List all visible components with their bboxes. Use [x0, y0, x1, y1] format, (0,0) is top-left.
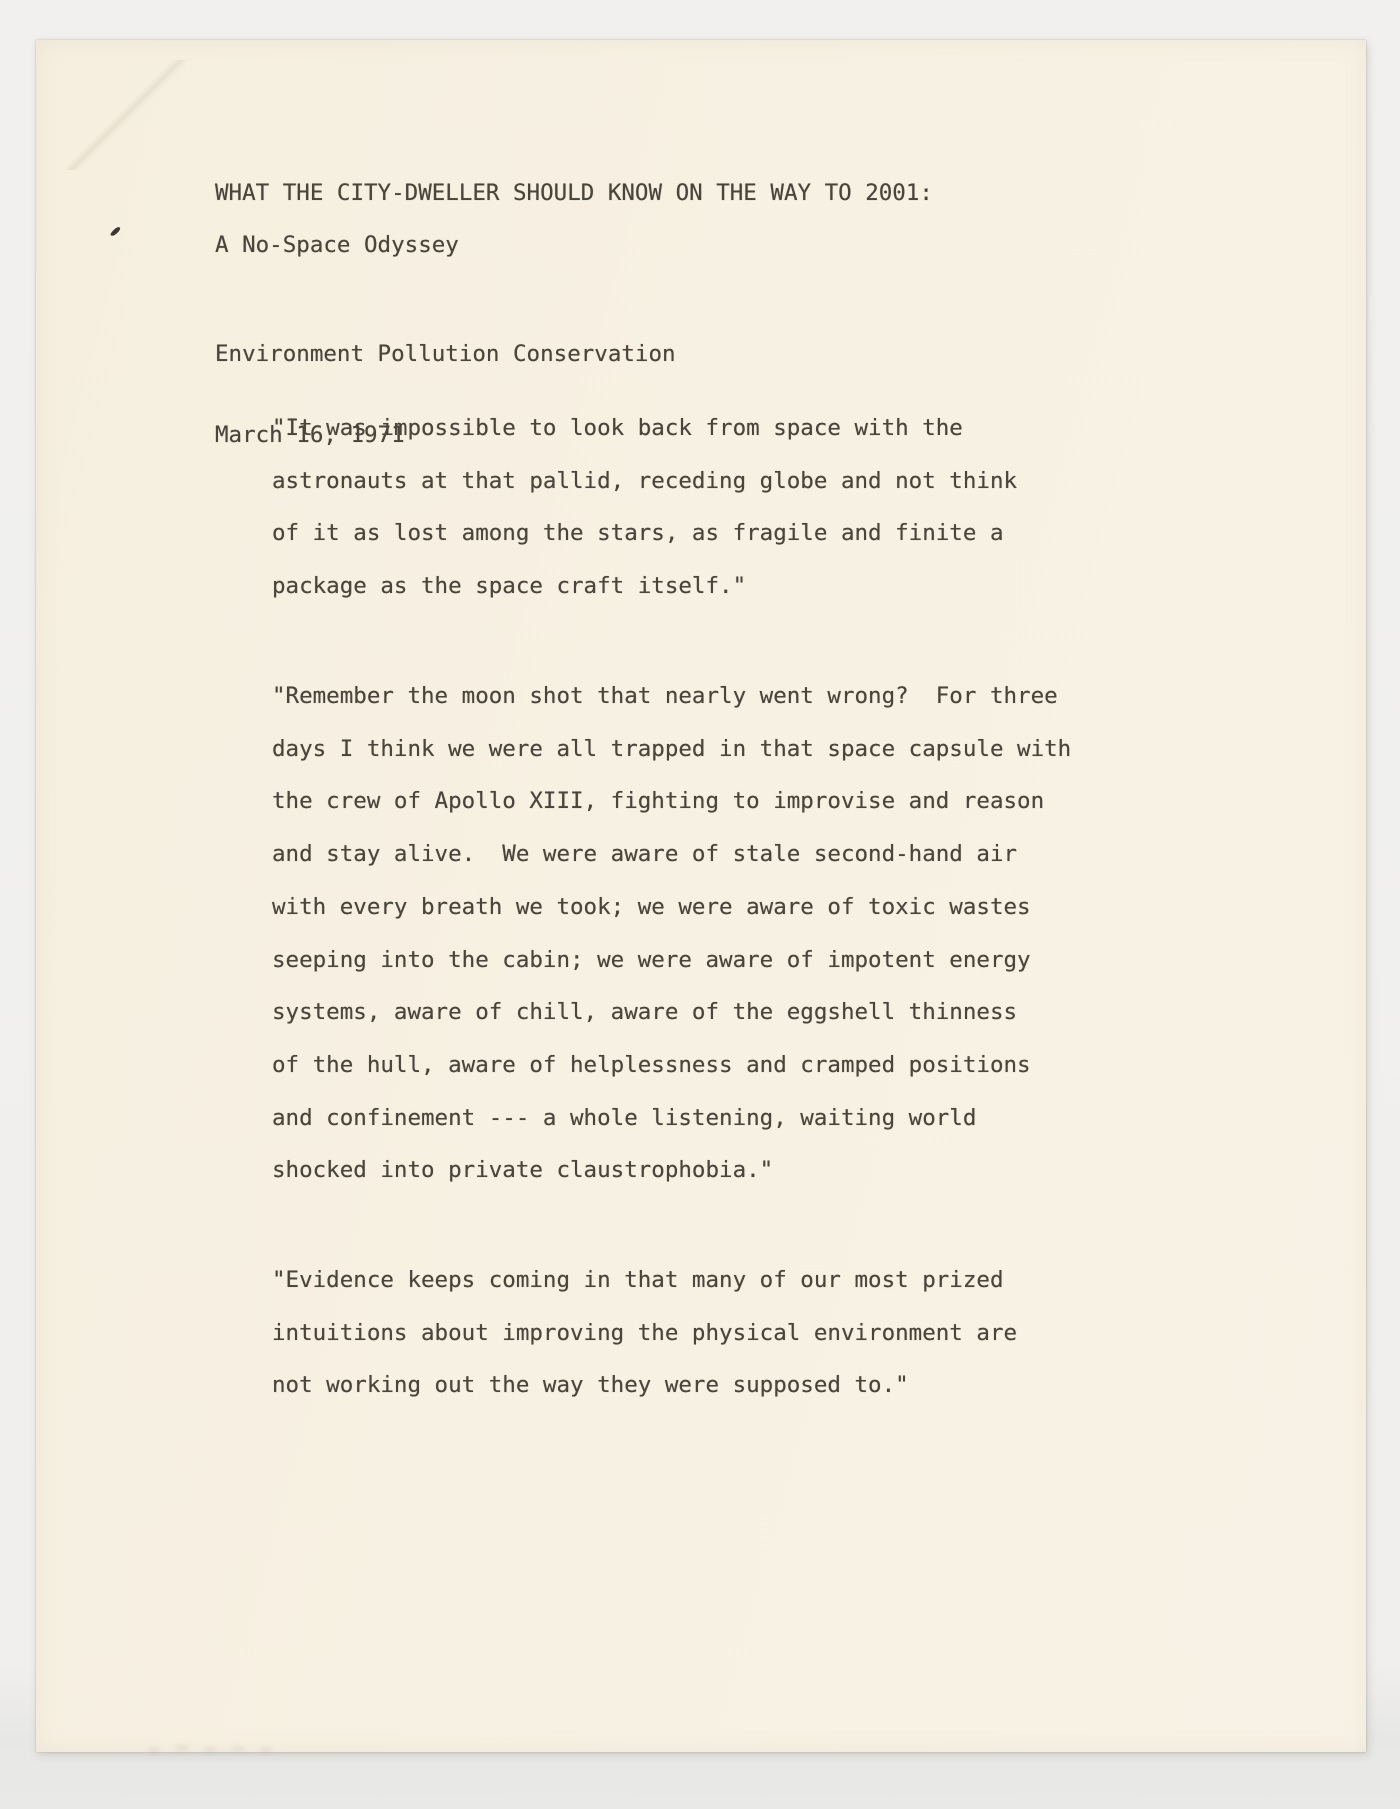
document-subtitle: A No-Space Odyssey — [215, 232, 459, 259]
stamp-bleed-through — [140, 1740, 280, 1758]
document-page: WHAT THE CITY-DWELLER SHOULD KNOW ON THE… — [36, 40, 1366, 1752]
document-title: WHAT THE CITY-DWELLER SHOULD KNOW ON THE… — [215, 180, 933, 207]
quote-paragraph-3: "Evidence keeps coming in that many of o… — [272, 1254, 1112, 1412]
scanned-document-screenshot: { "page": { "background_color": "#f0efed… — [0, 0, 1400, 1809]
pen-mark — [110, 226, 122, 237]
publication-line: Environment Pollution Conservation — [215, 341, 676, 368]
quote-paragraph-2: "Remember the moon shot that nearly went… — [272, 670, 1112, 1197]
paper-crease — [66, 60, 186, 170]
quote-paragraph-1: "It was impossible to look back from spa… — [272, 402, 1112, 613]
